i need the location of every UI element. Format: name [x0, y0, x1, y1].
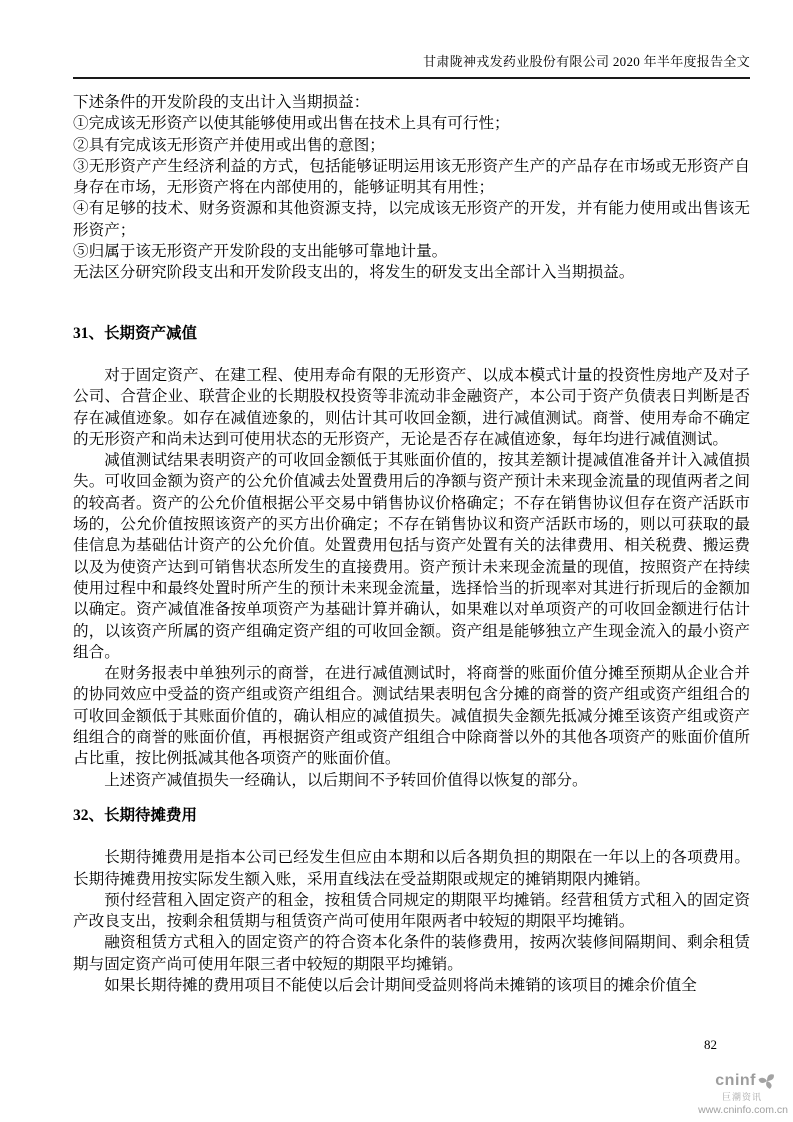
intro-line: 下述条件的开发阶段的支出计入当期损益：	[73, 92, 750, 113]
header-title: 甘肃陇神戎发药业股份有限公司 2020 年半年度报告全文	[423, 54, 750, 69]
section-31-heading: 31、长期资产减值	[73, 323, 750, 344]
section-32-paragraph: 如果长期待摊的费用项目不能使以后会计期间受益则将尚未摊销的该项目的摊余价值全	[73, 975, 750, 996]
section-31-paragraph: 在财务报表中单独列示的商誉，在进行减值测试时，将商誉的账面价值分摊至预期从企业合…	[73, 663, 750, 769]
intro-line: 无法区分研究阶段支出和开发阶段支出的，将发生的研发支出全部计入当期损益。	[73, 262, 750, 283]
cninfo-chinese-name: 巨潮资讯	[668, 1090, 788, 1103]
cninfo-url: www.cninfo.com.cn	[668, 1104, 788, 1116]
cninfo-logo-row: cninf	[668, 1072, 788, 1090]
section-32-paragraph: 预付经营租入固定资产的租金，按租赁合同规定的期限平均摊销。经营租赁方式租入的固定…	[73, 890, 750, 933]
cninfo-swirl-icon	[758, 1072, 776, 1090]
page-header: 甘肃陇神戎发药业股份有限公司 2020 年半年度报告全文	[73, 52, 750, 79]
intro-line: ①完成该无形资产以使其能够使用或出售在技术上具有可行性；	[73, 113, 750, 134]
section-32-heading: 32、长期待摊费用	[73, 805, 750, 826]
intro-line: ②具有完成该无形资产并使用或出售的意图；	[73, 135, 750, 156]
section-32-paragraph: 长期待摊费用是指本公司已经发生但应由本期和以后各期负担的期限在一年以上的各项费用…	[73, 847, 750, 890]
document-body: 下述条件的开发阶段的支出计入当期损益： ①完成该无形资产以使其能够使用或出售在技…	[73, 92, 750, 996]
section-31-paragraph: 上述资产减值损失一经确认，以后期间不予转回价值得以恢复的部分。	[73, 770, 750, 791]
section-31-paragraph: 对于固定资产、在建工程、使用寿命有限的无形资产、以成本模式计量的投资性房地产及对…	[73, 365, 750, 450]
section-32-paragraph: 融资租赁方式租入的固定资产的符合资本化条件的装修费用，按两次装修间隔期间、剩余租…	[73, 932, 750, 975]
intro-line: ④有足够的技术、财务资源和其他资源支持，以完成该无形资产的开发，并有能力使用或出…	[73, 198, 750, 241]
cninfo-logo: cninf 巨潮资讯 www.cninfo.com.cn	[668, 1072, 788, 1116]
intro-line: ③无形资产产生经济利益的方式，包括能够证明运用该无形资产生产的产品存在市场或无形…	[73, 156, 750, 199]
intro-line: ⑤归属于该无形资产开发阶段的支出能够可靠地计量。	[73, 241, 750, 262]
document-page: 甘肃陇神戎发药业股份有限公司 2020 年半年度报告全文 下述条件的开发阶段的支…	[0, 0, 793, 1122]
section-31-paragraph: 减值测试结果表明资产的可收回金额低于其账面价值的，按其差额计提减值准备并计入减值…	[73, 450, 750, 663]
cninfo-brand-text: cninf	[715, 1072, 756, 1090]
page-number: 82	[704, 1037, 717, 1052]
